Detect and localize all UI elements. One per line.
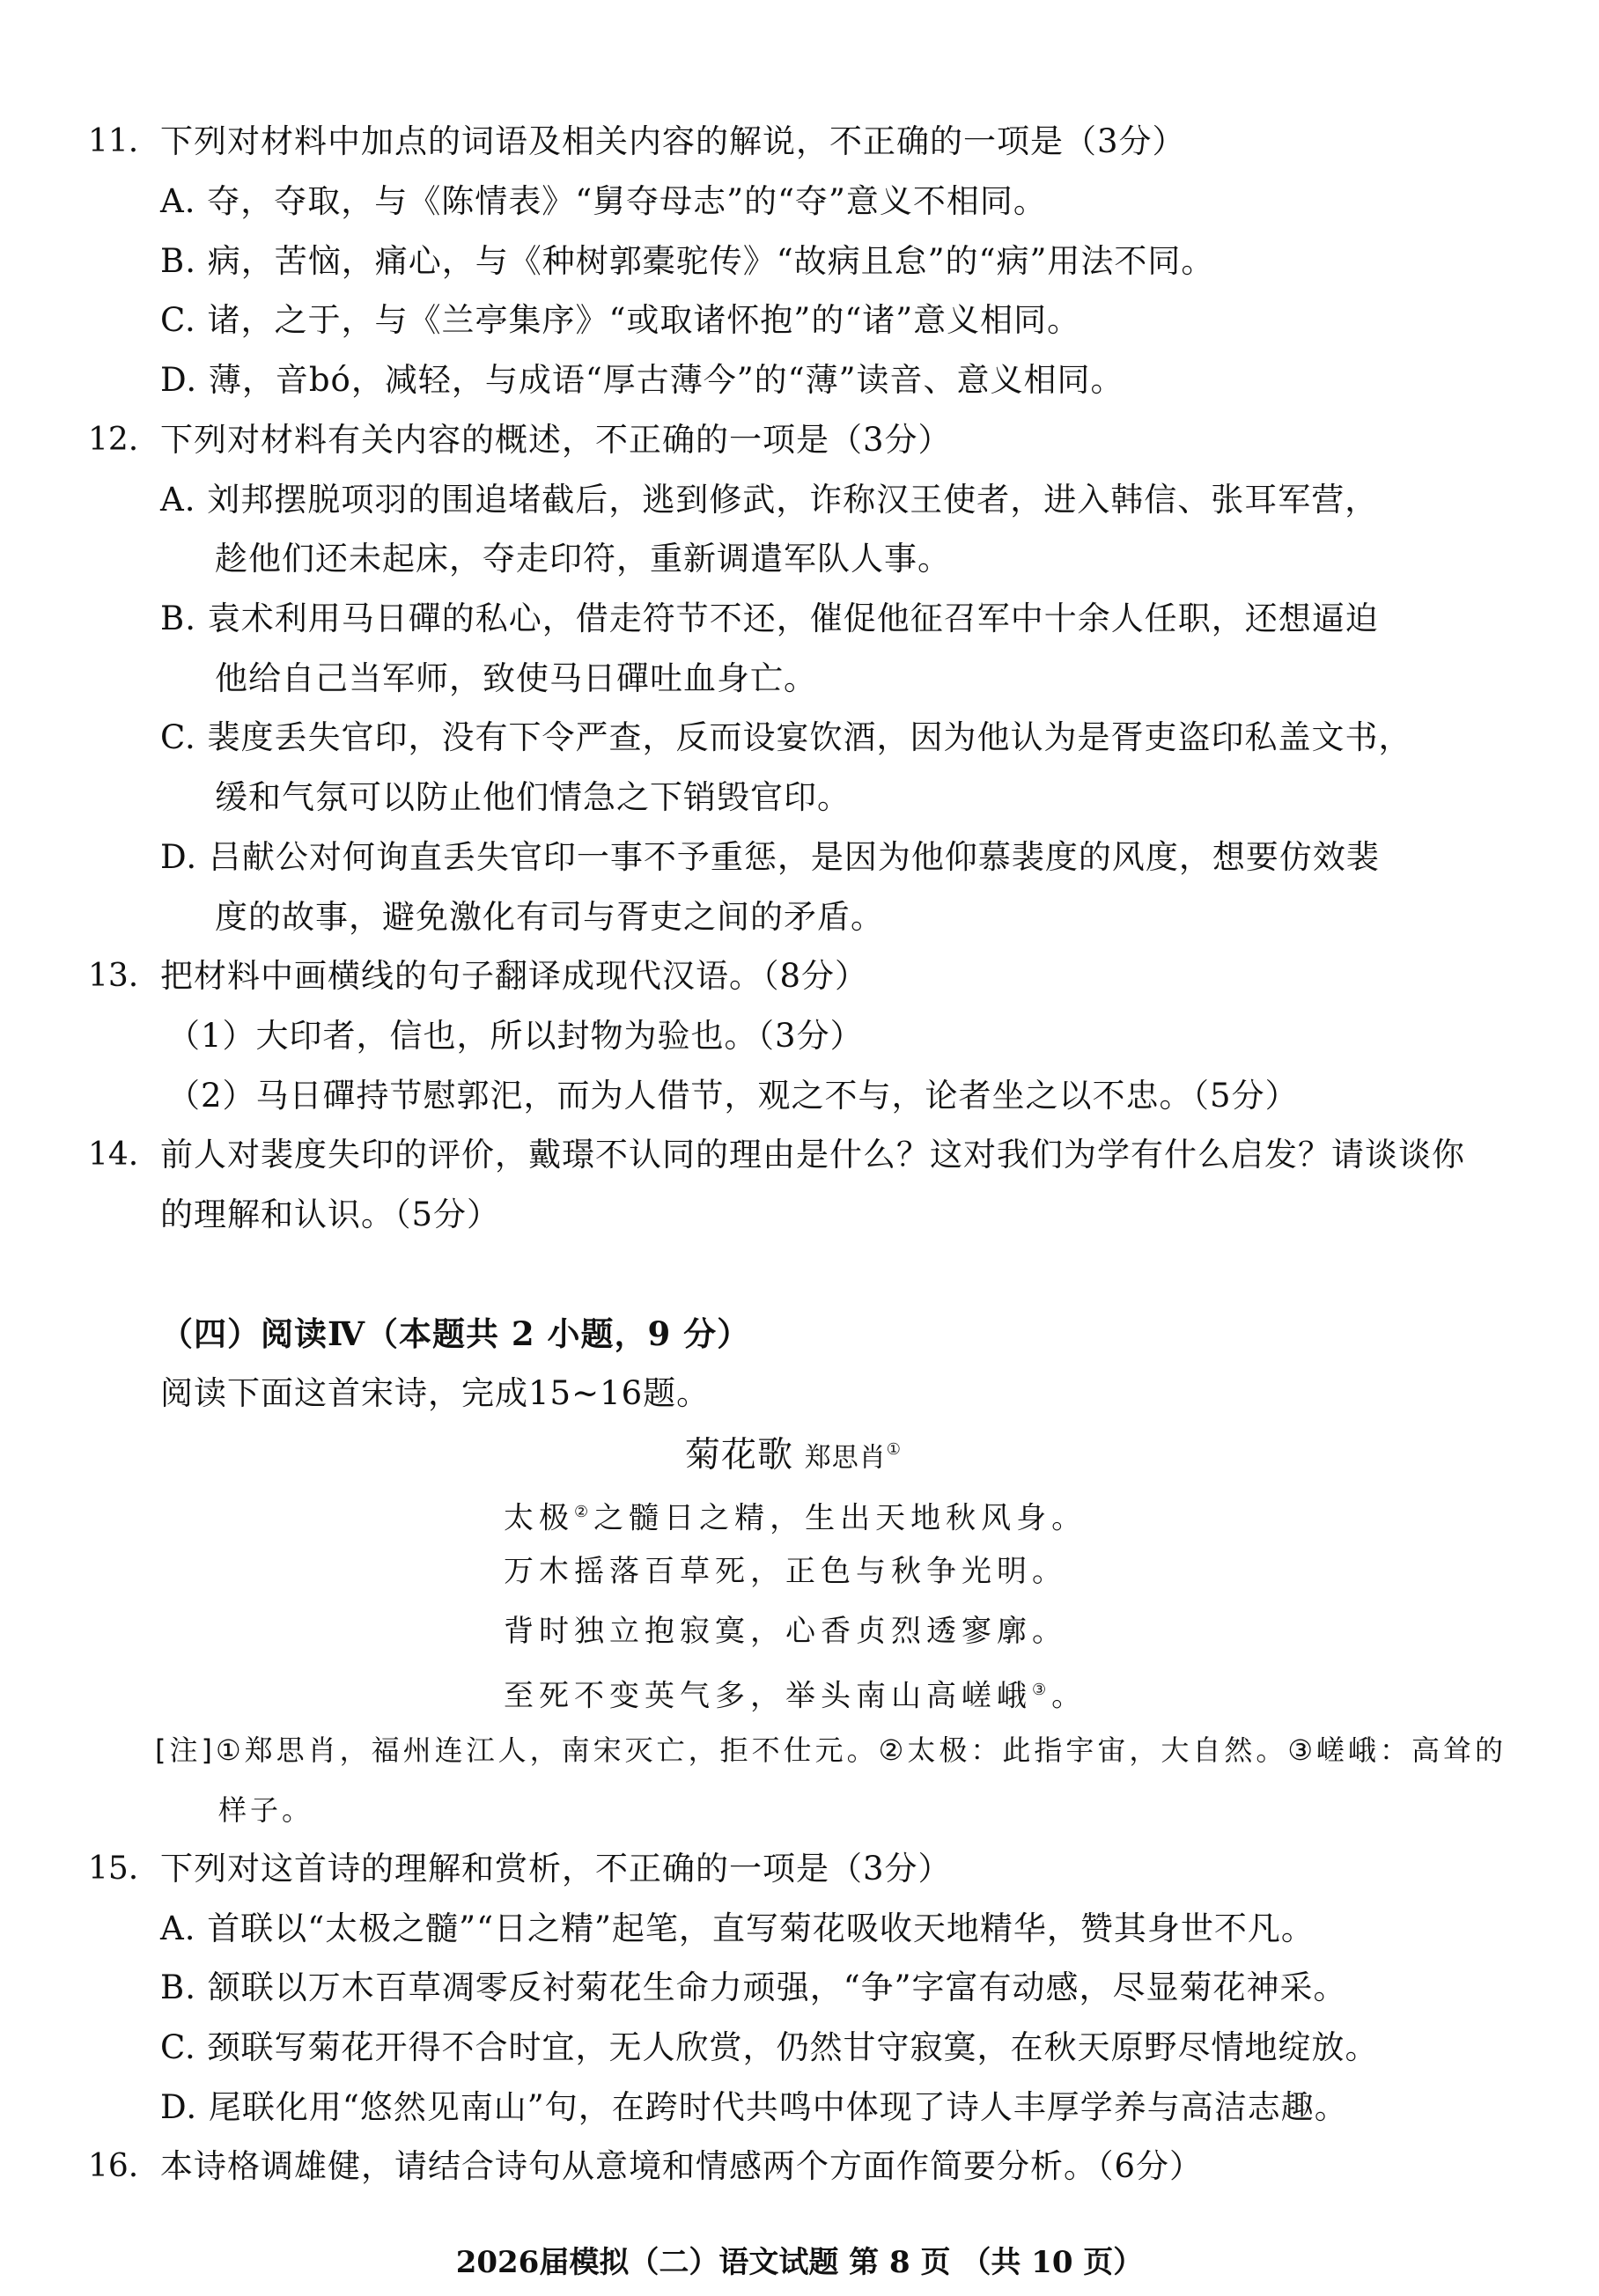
question-12-option-c-cont: 缓和气氛可以防止他们情急之下销毁官印。	[215, 776, 851, 820]
question-15-option-c: C. 颈联写菊花开得不合时宜，无人欣赏，仍然甘守寂寞，在秋天原野尽情地绽放。	[160, 2026, 1379, 2070]
poem-line-3: 背时独立抱寂寞，心香贞烈透寥廓。	[504, 1609, 1067, 1653]
question-14-line-1: 前人对裴度失印的评价，戴璟不认同的理由是什么？这对我们为学有什么启发？请谈谈你	[160, 1133, 1465, 1177]
poem-notes-line-1: [注]①郑思肖，福州连江人，南宋灭亡，拒不仕元。②太极：此指宇宙，大自然。③嵯峨…	[155, 1728, 1507, 1772]
question-13-stem: 把材料中画横线的句子翻译成现代汉语。（8分）	[160, 954, 868, 998]
question-12-option-d: D. 吕献公对何询直丢失官印一事不予重惩，是因为他仰慕裴度的风度，想要仿效裴	[160, 835, 1380, 879]
question-15-number: 15.	[88, 1847, 138, 1891]
question-12-option-a-cont: 趁他们还未起床，夺走印符，重新调遣军队人事。	[215, 537, 951, 581]
question-11-option-a: A. 夺，夺取，与《陈情表》“舅夺母志”的“夺”意义不相同。	[160, 180, 1047, 224]
question-13-item-2: （2）马日磾持节慰郭汜，而为人借节，观之不与，论者坐之以不忠。（5分）	[167, 1074, 1299, 1118]
question-11-option-d: D. 薄，音bó，减轻，与成语“厚古薄今”的“薄”读音、意义相同。	[160, 358, 1124, 402]
question-12-option-d-cont: 度的故事，避免激化有司与胥吏之间的矛盾。	[215, 895, 884, 939]
question-16-stem: 本诗格调雄健，请结合诗句从意境和情感两个方面作简要分析。（6分）	[160, 2145, 1203, 2189]
poem-line-4: 至死不变英气多，举头南山高嵯峨③。	[504, 1668, 1087, 1718]
question-11-stem: 下列对材料中加点的词语及相关内容的解说，不正确的一项是（3分）	[160, 120, 1186, 164]
question-12-stem: 下列对材料有关内容的概述，不正确的一项是（3分）	[160, 418, 952, 462]
question-12-option-b-cont: 他给自己当军师，致使马日磾吐血身亡。	[215, 657, 817, 701]
question-15-option-b: B. 颔联以万木百草凋零反衬菊花生命力顽强，“争”字富有动感，尽显菊花神采。	[160, 1966, 1347, 2010]
question-12-option-b: B. 袁术利用马日磾的私心，借走符节不还，催促他征召军中十余人任职，还想逼迫	[160, 597, 1379, 641]
question-14-line-2: 的理解和认识。（5分）	[160, 1193, 500, 1237]
question-13-number: 13.	[88, 954, 138, 998]
question-15-option-d: D. 尾联化用“悠然见南山”句，在跨时代共鸣中体现了诗人丰厚学养与高洁志趣。	[160, 2086, 1348, 2130]
poem-notes-line-2: 样子。	[218, 1788, 313, 1832]
question-11-number: 11.	[88, 120, 138, 164]
question-15-option-a: A. 首联以“太极之髓”“日之精”起笔，直写菊花吸收天地精华，赞其身世不凡。	[160, 1907, 1315, 1951]
poem-line-2: 万木摇落百草死，正色与秋争光明。	[504, 1549, 1067, 1593]
poem-title-line: 菊花歌 郑思肖①	[685, 1428, 902, 1480]
poem-line-1: 太极②之髓日之精，生出天地秋风身。	[504, 1490, 1087, 1540]
question-12-option-a: A. 刘邦摆脱项羽的围追堵截后，逃到修武，诈称汉王使者，进入韩信、张耳军营，	[160, 478, 1378, 522]
section-4-heading: （四）阅读Ⅳ（本题共 2 小题，9 分）	[160, 1312, 750, 1356]
question-12-option-c: C. 裴度丢失官印，没有下令严查，反而设宴饮酒，因为他认为是胥吏盗印私盖文书，	[160, 716, 1412, 760]
poem-author-note: ①	[887, 1440, 902, 1459]
section-4-instruction: 阅读下面这首宋诗，完成15~16题。	[160, 1372, 710, 1416]
page-footer: 2026届模拟（二）语文试题 第 8 页 （共 10 页）	[0, 2238, 1599, 2281]
question-14-number: 14.	[88, 1133, 138, 1177]
question-12-number: 12.	[88, 418, 138, 462]
poem-title: 菊花歌	[685, 1434, 793, 1475]
question-11-option-c: C. 诸，之于，与《兰亭集序》“或取诸怀抱”的“诸”意义相同。	[160, 298, 1080, 342]
question-11-option-b: B. 病，苦恼，痛心，与《种树郭橐驼传》“故病且怠”的“病”用法不同。	[160, 239, 1214, 283]
question-13-item-1: （1）大印者，信也，所以封物为验也。（3分）	[167, 1014, 864, 1058]
poem-author: 郑思肖	[805, 1442, 887, 1473]
question-16-number: 16.	[88, 2145, 138, 2189]
question-15-stem: 下列对这首诗的理解和赏析，不正确的一项是（3分）	[160, 1847, 952, 1891]
